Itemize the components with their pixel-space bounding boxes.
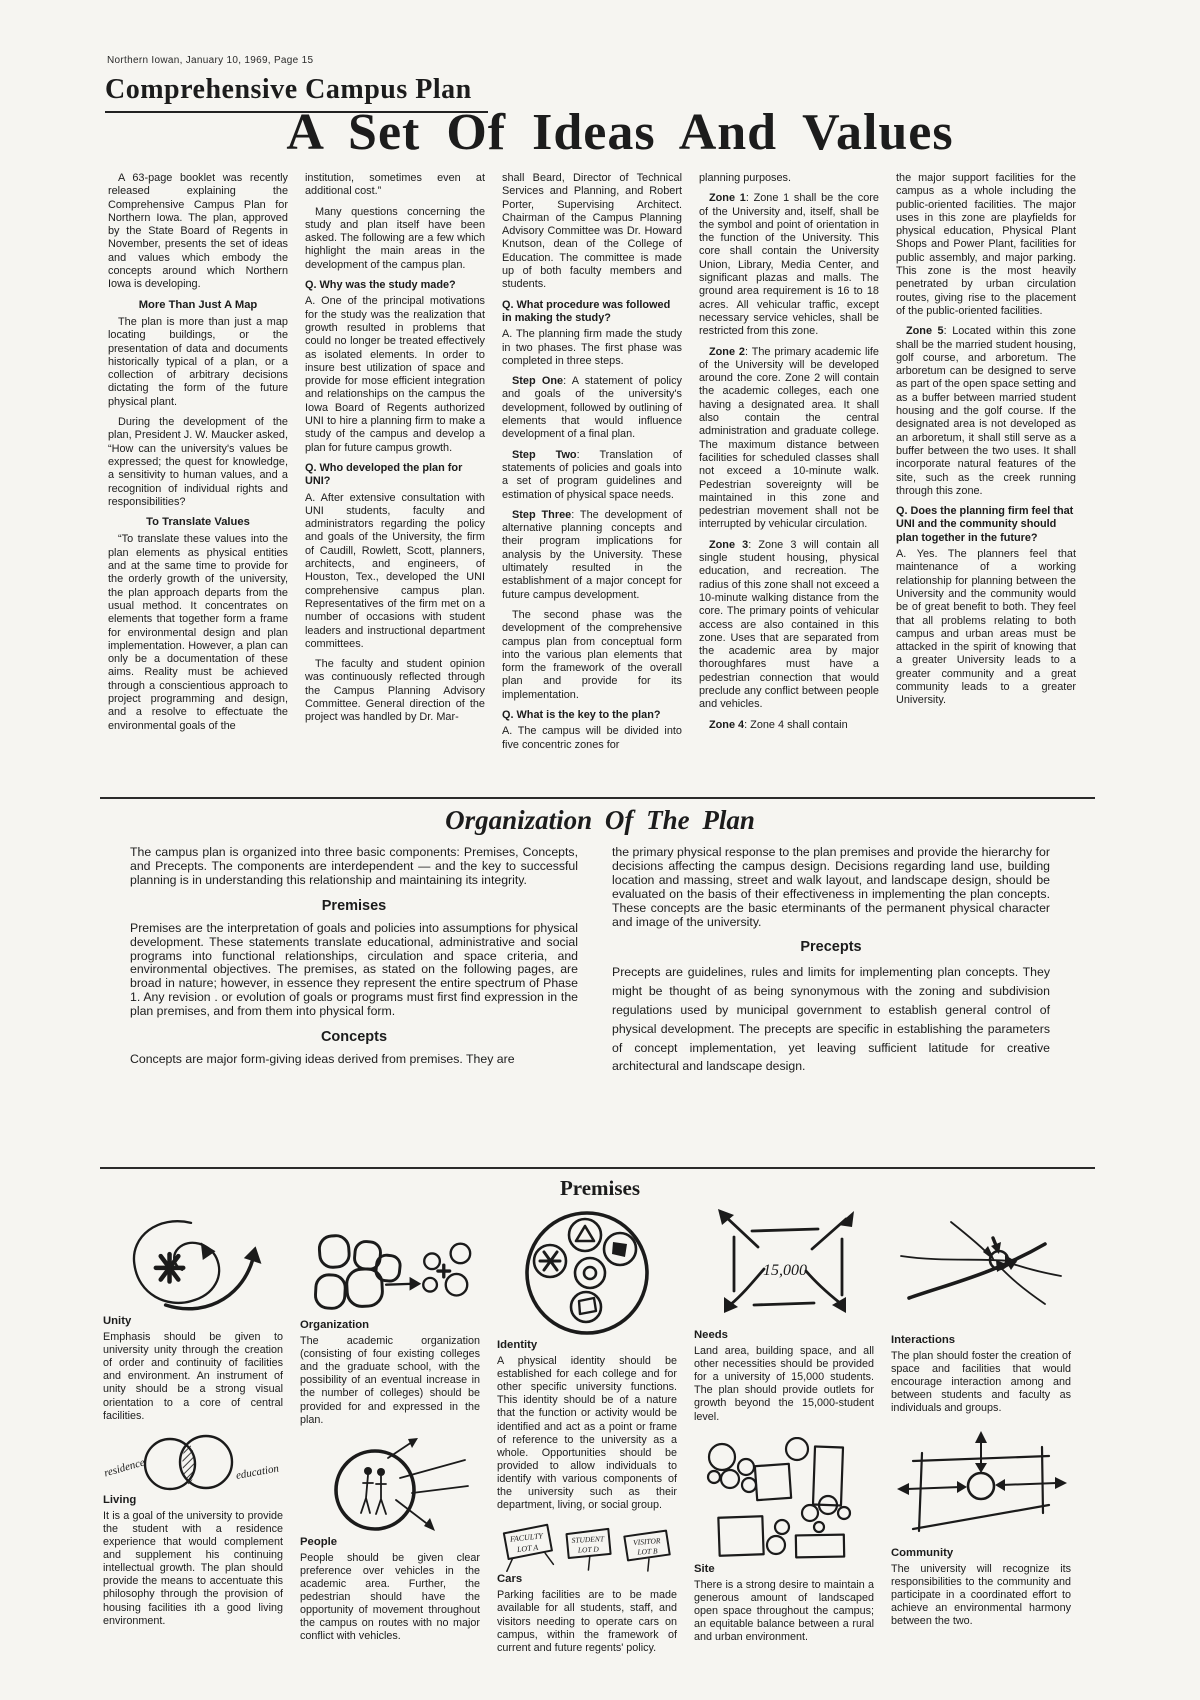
paragraph: Step Three: The development of alternati… [502, 509, 682, 602]
paragraph: Precepts are guidelines, rules and limit… [612, 963, 1050, 1076]
zone-text: : Zone 1 shall be the core of the Univer… [699, 192, 879, 337]
premise-text: The university will recognize its respon… [891, 1563, 1071, 1628]
premise-label: Cars [497, 1573, 677, 1586]
paragraph: Concepts are major form-giving ideas der… [130, 1053, 578, 1067]
premises-column-interactions: Interactions The plan should foster the … [891, 1203, 1071, 1664]
premise-text: The academic organization (consisting of… [300, 1335, 480, 1427]
paragraph: the major support facilities for the cam… [896, 172, 1076, 318]
article-column-5: the major support facilities for the cam… [896, 172, 1076, 796]
organization-right-column: the primary physical response to the pla… [612, 846, 1050, 1086]
premises-column-organization: Organization The academic organization (… [300, 1203, 480, 1664]
paragraph: shall Beard, Director of Technical Servi… [502, 172, 682, 292]
paragraph: The plan is more than just a map locatin… [108, 316, 288, 409]
identity-circle-illustration [502, 1207, 672, 1339]
paragraph: Many questions concerning the study and … [305, 206, 485, 272]
people-figure [300, 1436, 480, 1536]
paragraph: A. After extensive consultation with UNI… [305, 492, 485, 652]
precepts-subhead: Precepts [612, 939, 1050, 955]
step-text: : The development of alternative plannin… [502, 509, 682, 601]
paragraph: Step Two: Translation of statements of p… [502, 449, 682, 502]
paragraph: Zone 3: Zone 3 will contain all single s… [699, 539, 879, 712]
needs-box-illustration: 15,000 [694, 1207, 874, 1329]
section-divider [100, 1167, 1095, 1169]
question-heading: Q. What procedure was followed in making… [502, 299, 682, 326]
paragraph: A. Yes. The planners feel that maintenan… [896, 548, 1076, 708]
paragraph: Zone 2: The primary academic life of the… [699, 346, 879, 532]
newspaper-page: Northern Iowan, January 10, 1969, Page 1… [0, 0, 1200, 1700]
organization-headline: Organization Of The Plan [0, 805, 1200, 836]
site-open-space-illustration [694, 1437, 874, 1563]
premise-label: Needs [694, 1329, 874, 1342]
premise-label: Community [891, 1547, 1071, 1560]
sign-text: FACULTY [509, 1531, 545, 1544]
paragraph: Zone 4: Zone 4 shall contain [699, 719, 879, 732]
sign-text: STUDENT [571, 1534, 605, 1545]
premise-label: People [300, 1536, 480, 1549]
venn-left-label: residence [103, 1456, 146, 1479]
paragraph: A. The campus will be divided into five … [502, 725, 682, 752]
premise-text: A physical identity should be establishe… [497, 1355, 677, 1512]
section-divider [100, 797, 1095, 799]
article-column-2: institution, sometimes even at additiona… [305, 172, 485, 796]
premise-text: It is a goal of the university to provid… [103, 1510, 283, 1628]
parking-signs-illustration: FACULTY LOT A STUDENT LOT D VISI [497, 1523, 677, 1573]
masthead: Northern Iowan, January 10, 1969, Page 1… [107, 55, 313, 66]
paragraph: A. One of the principal motivations for … [305, 295, 485, 455]
sign-text: LOT B [636, 1546, 658, 1556]
premises-headline: Premises [0, 1176, 1200, 1201]
zone-lead: Zone 1 [709, 192, 746, 204]
organization-section: Organization Of The Plan The campus plan… [0, 803, 1200, 1163]
premise-label: Living [103, 1494, 283, 1507]
premises-column-identity: Identity A physical identity should be e… [497, 1203, 677, 1664]
paragraph: A. The planning firm made the study in t… [502, 328, 682, 368]
premise-text: Parking facilities are to be made availa… [497, 1589, 677, 1654]
subhead: To Translate Values [108, 516, 288, 529]
paragraph: The second phase was the development of … [502, 609, 682, 702]
unity-figure [103, 1203, 283, 1315]
paragraph: institution, sometimes even at additiona… [305, 172, 485, 199]
step-lead: Step Two [512, 449, 577, 461]
premise-text: Land area, building space, and all other… [694, 1345, 874, 1424]
zone-text: : Located within this zone shall be the … [896, 325, 1076, 497]
premise-text: Emphasis should be given to university u… [103, 1331, 283, 1423]
identity-figure [497, 1203, 677, 1339]
premise-text: People should be given clear preference … [300, 1552, 480, 1644]
step-lead: Step Three [512, 509, 571, 521]
question-heading: Q. Why was the study made? [305, 279, 485, 292]
paragraph: The faculty and student opinion was cont… [305, 658, 485, 724]
concepts-subhead: Concepts [130, 1029, 578, 1045]
community-figure [891, 1425, 1071, 1547]
zone-text: : The primary academic life of the Unive… [699, 346, 879, 531]
premise-text: The plan should foster the creation of s… [891, 1350, 1071, 1415]
paragraph: Zone 5: Located within this zone shall b… [896, 325, 1076, 498]
step-lead: Step One [512, 375, 563, 387]
zone-lead: Zone 5 [906, 325, 944, 337]
sign-text: LOT D [577, 1545, 600, 1555]
cars-figure: FACULTY LOT A STUDENT LOT D VISI [497, 1521, 677, 1573]
premises-column-needs: 15,000 Needs Land area, building space, … [694, 1203, 874, 1664]
interactions-figure [891, 1203, 1071, 1334]
question-heading: Q. Does the planning firm feel that UNI … [896, 505, 1076, 545]
premises-section: Premises Unity Emphasis should [0, 1172, 1200, 1700]
needs-figure-value: 15,000 [763, 1262, 807, 1279]
article-columns: A 63-page booklet was recently released … [108, 172, 1076, 796]
zone-lead: Zone 2 [709, 346, 745, 358]
sign-text: VISITOR [633, 1536, 661, 1547]
paragraph: “To translate these values into the plan… [108, 533, 288, 732]
living-figure: residence education [103, 1432, 283, 1494]
paragraph: Premises are the interpretation of goals… [130, 922, 578, 1019]
residence-education-venn-illustration: residence education [103, 1434, 283, 1494]
premise-label: Organization [300, 1319, 480, 1332]
paragraph: The campus plan is organized into three … [130, 846, 578, 888]
premise-label: Site [694, 1563, 874, 1576]
premises-column-unity: Unity Emphasis should be given to univer… [103, 1203, 283, 1664]
paragraph: During the development of the plan, Pres… [108, 416, 288, 509]
unity-spiral-illustration [105, 1207, 281, 1315]
subhead: More Than Just A Map [108, 299, 288, 312]
premise-text: There is a strong desire to maintain a g… [694, 1579, 874, 1644]
site-figure [694, 1433, 874, 1563]
community-boundary-illustration [891, 1429, 1071, 1547]
premises-subhead: Premises [130, 898, 578, 914]
question-heading: Q. What is the key to the plan? [502, 709, 682, 722]
paragraph: Zone 1: Zone 1 shall be the core of the … [699, 192, 879, 338]
people-circle-illustration [300, 1438, 480, 1536]
paragraph: planning purposes. [699, 172, 879, 185]
question-heading: Q. Who developed the plan for UNI? [305, 462, 485, 489]
organization-figure [300, 1203, 480, 1319]
zone-lead: Zone 4 [709, 719, 744, 731]
organization-blobs-illustration [302, 1227, 478, 1319]
paragraph: the primary physical response to the pla… [612, 846, 1050, 929]
premise-label: Unity [103, 1315, 283, 1328]
sign-text: LOT A [516, 1543, 539, 1554]
zone-text: : Zone 3 will contain all single student… [699, 539, 879, 711]
premise-label: Identity [497, 1339, 677, 1352]
organization-left-column: The campus plan is organized into three … [130, 846, 578, 1086]
interactions-scribble-illustration [893, 1214, 1069, 1334]
paragraph: Step One: A statement of policy and goal… [502, 375, 682, 441]
article-column-4: planning purposes. Zone 1: Zone 1 shall … [699, 172, 879, 796]
main-headline: A Set Of Ideas And Values [0, 103, 1200, 162]
article-column-3: shall Beard, Director of Technical Servi… [502, 172, 682, 796]
paragraph: A 63-page booklet was recently released … [108, 172, 288, 292]
venn-right-label: education [235, 1462, 280, 1481]
premise-label: Interactions [891, 1334, 1071, 1347]
article-column-1: A 63-page booklet was recently released … [108, 172, 288, 796]
zone-text: : Zone 4 shall contain [744, 719, 848, 731]
zone-lead: Zone 3 [709, 539, 748, 551]
needs-figure: 15,000 [694, 1203, 874, 1329]
